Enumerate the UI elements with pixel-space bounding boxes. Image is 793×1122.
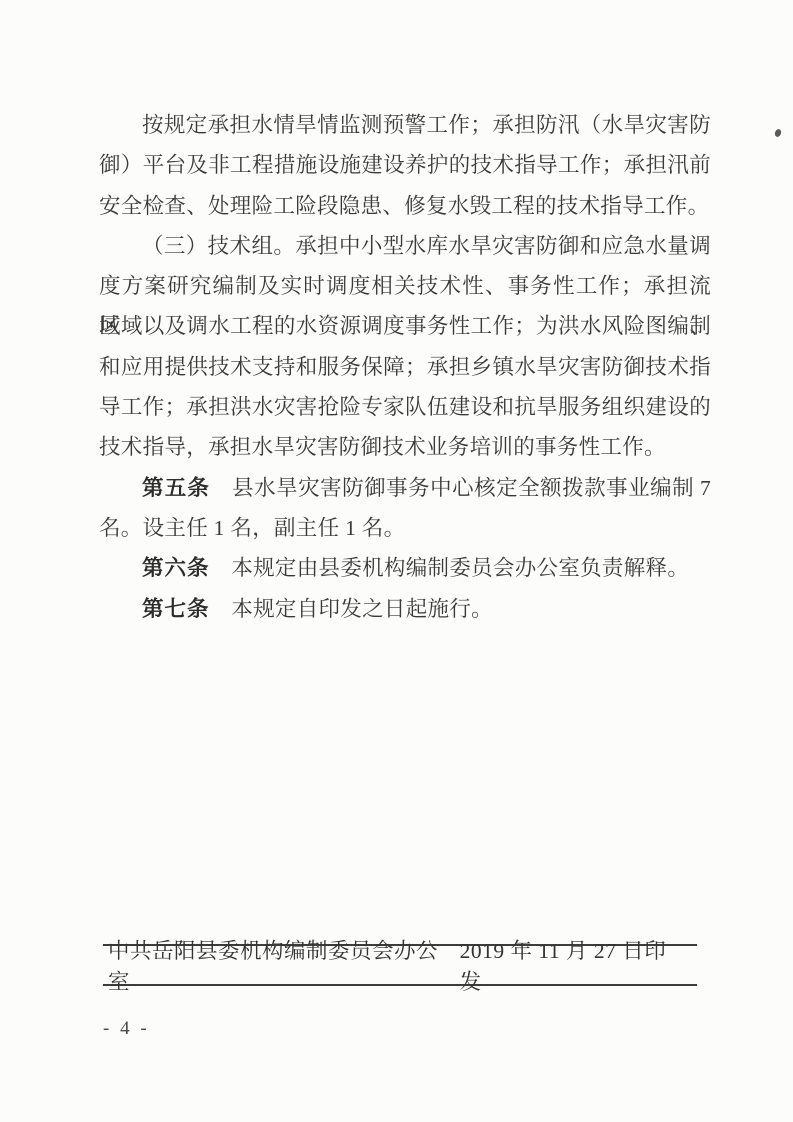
body-line: 区域以及调水工程的水资源调度事务性工作；为洪水风险图编制: [99, 306, 711, 346]
body-line: 按规定承担水情旱情监测预警工作；承担防汛（水旱灾害防: [99, 105, 711, 145]
footer-print-date: 2019 年 11 月 27 日印发: [460, 934, 688, 996]
document-body: 按规定承担水情旱情监测预警工作；承担防汛（水旱灾害防 御）平台及非工程措施设施建…: [99, 105, 711, 629]
line-text: 县水旱灾害防御事务中心核定全额拨款事业编制 7: [210, 476, 711, 500]
body-line-article-7: 第七条 本规定自印发之日起施行。: [99, 589, 711, 629]
article-number-label: 第七条: [142, 597, 210, 621]
footer-issuer: 中共岳阳县委机构编制委员会办公室: [108, 934, 460, 996]
page-number: - 4 -: [103, 1018, 150, 1040]
line-text: 本规定自印发之日起施行。: [210, 597, 493, 621]
body-line: （三）技术组。承担中小型水库水旱灾害防御和应急水量调: [99, 226, 711, 266]
line-text: 安全检查、处理险工险段隐患、修复水毁工程的技术指导工作。: [99, 194, 709, 218]
body-line: 御）平台及非工程措施设施建设养护的技术指导工作；承担汛前: [99, 145, 711, 185]
body-line: 技术指导，承担水旱灾害防御技术业务培训的事务性工作。: [99, 427, 711, 467]
scan-speck: [774, 128, 782, 138]
scanned-document-page: 按规定承担水情旱情监测预警工作；承担防汛（水旱灾害防 御）平台及非工程措施设施建…: [0, 0, 793, 1122]
line-text: 区域以及调水工程的水资源调度事务性工作；为洪水风险图编制: [99, 314, 711, 338]
body-line: 安全检查、处理险工险段隐患、修复水毁工程的技术指导工作。: [99, 186, 711, 226]
print-footer: 中共岳阳县委机构编制委员会办公室 2019 年 11 月 27 日印发: [103, 944, 697, 986]
body-line: 度方案研究编制及实时调度相关技术性、事务性工作；承担流域、: [99, 266, 711, 306]
line-text: 御）平台及非工程措施设施建设养护的技术指导工作；承担汛前: [99, 153, 711, 177]
article-number-label: 第五条: [142, 476, 210, 500]
line-text: 和应用提供技术支持和服务保障；承担乡镇水旱灾害防御技术指: [99, 355, 711, 379]
line-text: 按规定承担水情旱情监测预警工作；承担防汛（水旱灾害防: [142, 113, 711, 137]
line-text: 本规定由县委机构编制委员会办公室负责解释。: [210, 556, 690, 580]
body-line: 导工作；承担洪水灾害抢险专家队伍建设和抗旱服务组织建设的: [99, 387, 711, 427]
line-text: （三）技术组。承担中小型水库水旱灾害防御和应急水量调: [142, 234, 711, 258]
line-text: 名。设主任 1 名，副主任 1 名。: [99, 516, 405, 540]
body-line: 名。设主任 1 名，副主任 1 名。: [99, 508, 711, 548]
body-line-article-5: 第五条 县水旱灾害防御事务中心核定全额拨款事业编制 7: [99, 468, 711, 508]
article-number-label: 第六条: [142, 556, 210, 580]
line-text: 导工作；承担洪水灾害抢险专家队伍建设和抗旱服务组织建设的: [99, 395, 711, 419]
body-line: 和应用提供技术支持和服务保障；承担乡镇水旱灾害防御技术指: [99, 347, 711, 387]
body-line-article-6: 第六条 本规定由县委机构编制委员会办公室负责解释。: [99, 548, 711, 588]
line-text: 技术指导，承担水旱灾害防御技术业务培训的事务性工作。: [99, 435, 666, 459]
